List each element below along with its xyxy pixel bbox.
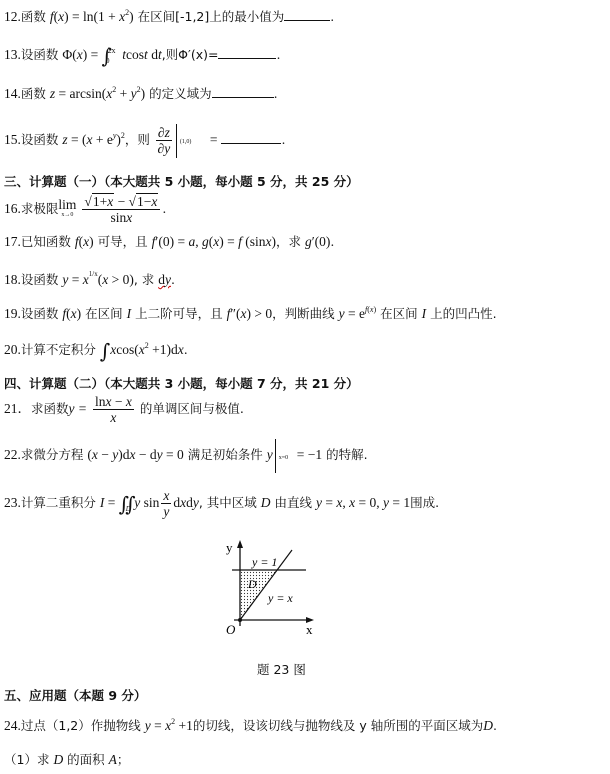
question-text: 的切线，设该切线与抛物线及 y 轴所围的平面区域为 xyxy=(193,718,483,733)
function-fraction: lnx − xx xyxy=(93,394,134,425)
period: . xyxy=(184,342,188,357)
question-text: 计算二重积分 xyxy=(21,495,96,510)
question-17: 17.已知函数 f(x) 可导，且 f′(0) = a, g(x) = f (s… xyxy=(4,234,334,250)
question-text: 在区间[-1,2]上的最小值为 xyxy=(138,9,285,24)
question-text: 求函数 xyxy=(31,401,69,416)
question-text: 上的凹凸性. xyxy=(430,306,496,321)
question-text: 的定义域为 xyxy=(149,86,212,101)
math-expression: f′(0) = a, g(x) = f (sinx) xyxy=(152,234,276,249)
math-expression: ∫xcos(x2 +1)dx xyxy=(100,342,184,357)
question-18: 18.设函数 y = x1/x(x > 0), 求 dy. xyxy=(4,266,175,288)
math-expression: f(x) xyxy=(62,306,81,321)
question-number: 14. xyxy=(4,86,21,101)
limit-fraction: √1+x − √1−xsinx xyxy=(82,194,160,225)
section-heading-3: 三、计算题（一）（本大题共 5 小题，每小题 5 分，共 25 分） xyxy=(4,174,359,190)
question-text: 函数 xyxy=(21,9,46,24)
question-20: 20.计算不定积分 ∫xcos(x2 +1)dx. xyxy=(4,338,188,359)
question-number: 20. xyxy=(4,342,21,357)
question-19: 19.设函数 f(x) 在区间 I 上二阶可导，且 f″(x) > 0，判断曲线… xyxy=(4,302,497,322)
period: . xyxy=(281,132,285,147)
question-13: 13.设函数 Φ(x) = ∫02x tcost dt,则Φ′(x)=. xyxy=(4,43,280,69)
period: . xyxy=(274,86,278,101)
question-text: 由直线 xyxy=(275,495,313,510)
question-text: ,则Φ′(x)= xyxy=(162,47,219,62)
question-text: 在区间 xyxy=(85,306,123,321)
math-expression: = −1 xyxy=(297,447,322,462)
question-number: 21． xyxy=(4,401,31,416)
math-expression: g′(0) xyxy=(305,234,330,249)
limit-operator: limx→0 xyxy=(58,200,76,220)
equals-sign: = xyxy=(210,132,218,147)
period: . xyxy=(162,201,166,216)
question-text: 函数 xyxy=(21,86,46,101)
question-number: 18. xyxy=(4,272,21,287)
section-heading-5: 五、应用题（本题 9 分） xyxy=(4,688,146,704)
question-text: 在区间 xyxy=(380,306,418,321)
question-text: ，求 xyxy=(276,234,301,249)
question-text: 围成. xyxy=(410,495,439,510)
line-yx-label: y = x xyxy=(267,591,293,605)
period: . xyxy=(171,272,175,287)
math-expression: z = arcsin(x2 + y2) xyxy=(50,86,145,101)
question-text: 设函数 xyxy=(21,306,59,321)
question-text: 设函数 xyxy=(21,132,59,147)
math-expression: D xyxy=(53,752,63,767)
y-axis-label: y xyxy=(226,540,233,555)
figure-region-d: y x O y = 1 D y = x xyxy=(222,538,322,641)
answer-blank[interactable] xyxy=(221,131,281,144)
math-expression: D xyxy=(483,718,493,733)
math-expression: D xyxy=(261,495,271,510)
question-text: 求极限 xyxy=(21,201,59,216)
math-expression: A xyxy=(109,752,117,767)
integrand-fraction: xy xyxy=(161,488,171,519)
question-number: 24. xyxy=(4,718,21,733)
x-axis-label: x xyxy=(306,622,313,637)
region-label: D xyxy=(247,577,257,591)
question-text: 的面积 xyxy=(67,752,105,767)
math-expression: y xyxy=(267,447,273,462)
math-expression: I xyxy=(127,306,132,321)
math-expression: f(x) xyxy=(75,234,94,249)
question-22: 22.求微分方程 (x − y)dx − dy = 0 满足初始条件 yx=0=… xyxy=(4,438,368,473)
question-12: 12.函数 f(x) = ln(1 + x2) 在区间[-1,2]上的最小值为. xyxy=(4,5,334,25)
math-expression: (x − y)dx − dy = 0 xyxy=(87,447,183,462)
answer-blank[interactable] xyxy=(212,85,274,98)
question-text: , 其中区域 xyxy=(199,495,257,510)
section-heading-4: 四、计算题（二）（本大题共 3 小题，每小题 7 分，共 21 分） xyxy=(4,376,359,392)
question-24-part-1: （1）求 D 的面积 A； xyxy=(4,752,129,768)
question-24: 24.过点（1,2）作抛物线 y = x2 +1的切线，设该切线与抛物线及 y … xyxy=(4,714,497,734)
question-text: 的单调区间与极值. xyxy=(140,401,244,416)
question-number: 22. xyxy=(4,447,21,462)
question-number: 23. xyxy=(4,495,21,510)
question-number: 12. xyxy=(4,9,21,24)
question-text: 过点（1,2）作抛物线 xyxy=(21,718,141,733)
question-text: ，则 xyxy=(125,132,150,147)
math-expression: I xyxy=(422,306,427,321)
partial-derivative: ∂z∂y xyxy=(156,125,172,156)
question-text: （1）求 xyxy=(4,752,49,767)
period: . xyxy=(330,234,334,249)
question-text: 可导，且 xyxy=(98,234,148,249)
math-expression: z = (x + ey)2 xyxy=(62,132,125,147)
question-text: 的特解. xyxy=(326,447,367,462)
math-expression: y = x2 +1 xyxy=(145,718,193,733)
question-text: 求微分方程 xyxy=(21,447,84,462)
question-number: 19. xyxy=(4,306,21,321)
question-text: 满足初始条件 xyxy=(188,447,263,462)
origin-label: O xyxy=(226,622,236,637)
question-16: 16.求极限limx→0 √1+x − √1−xsinx. xyxy=(4,192,166,226)
question-15: 15.设函数 z = (x + ey)2，则 ∂z∂y(1,0)=. xyxy=(4,118,285,158)
evaluation-bar: (1,0) xyxy=(176,124,207,158)
answer-blank[interactable] xyxy=(218,46,276,59)
question-21: 21．求函数y = lnx − xx 的单调区间与极值. xyxy=(4,392,244,426)
question-text: 设函数 xyxy=(21,272,59,287)
question-23: 23.计算二重积分 I = ∬D y sinxydxdy, 其中区域 D 由直线… xyxy=(4,486,439,526)
question-14: 14.函数 z = arcsin(x2 + y2) 的定义域为. xyxy=(4,82,278,102)
question-number: 15. xyxy=(4,132,21,147)
math-expression: dxdy xyxy=(173,495,199,510)
math-expression: Φ(x) = ∫02x tcost dt xyxy=(62,47,161,62)
question-text: ，判断曲线 xyxy=(272,306,335,321)
question-text: , 求 xyxy=(134,272,154,287)
math-expression: y = xyxy=(69,401,87,416)
question-number: 17. xyxy=(4,234,21,249)
question-text: 已知函数 xyxy=(21,234,71,249)
evaluation-bar: x=0 xyxy=(275,439,294,473)
region-diagram: y x O y = 1 D y = x xyxy=(222,538,322,638)
line-y1-label: y = 1 xyxy=(251,555,277,569)
question-text: 计算不定积分 xyxy=(21,342,96,357)
math-expression: f″(x) > 0 xyxy=(227,306,273,321)
question-number: 16. xyxy=(4,201,21,216)
semicolon: ； xyxy=(117,752,130,767)
period: . xyxy=(276,47,280,62)
question-text: 上二阶可导，且 xyxy=(135,306,223,321)
math-expression: (x) = ln(1 + x2) xyxy=(54,9,134,24)
math-expression: dy xyxy=(158,272,171,287)
period: . xyxy=(330,9,334,24)
math-expression: I = ∬D y sin xyxy=(100,495,159,510)
math-expression: y = x, x = 0, y = 1 xyxy=(316,495,410,510)
figure-caption: 题 23 图 xyxy=(257,660,306,678)
question-text: 设函数 xyxy=(21,47,59,62)
math-expression: y = ef(x) xyxy=(339,306,377,321)
math-expression: y = x1/x(x > 0) xyxy=(62,272,133,287)
question-number: 13. xyxy=(4,47,21,62)
answer-blank[interactable] xyxy=(284,8,330,21)
period: . xyxy=(493,718,497,733)
